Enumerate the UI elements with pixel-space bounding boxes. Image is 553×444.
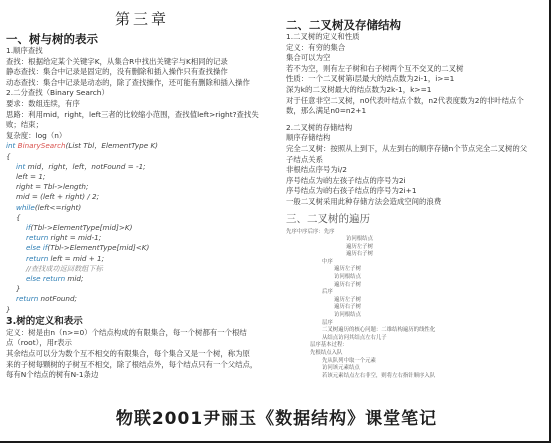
text-line: 思路：利用mid，right，left三者的比较缩小范围，查找值left>rig…: [6, 110, 278, 121]
traversal-line: 遍历左子树: [286, 297, 548, 305]
text-line: 查找：根据给定某个关键字K，从集合R中找出关键字与K相同的记录: [6, 57, 278, 68]
code-text: (Tbl->ElementType[mid]>K): [31, 223, 133, 232]
code-line: right = Tbl->length;: [6, 182, 278, 192]
code-text: //查找成功返回数组下标: [26, 264, 103, 273]
code-line: }: [6, 305, 278, 315]
text-line: 一般二叉树采用此种存储方法会造成空间的浪费: [286, 197, 548, 208]
code-line: mid = (left + right) / 2;: [6, 192, 278, 202]
code-line: left = 1;: [6, 172, 278, 182]
sub-2-lines: 要求：数组连续，有序思路：利用mid，right，left三者的比较缩小范围，查…: [6, 99, 278, 141]
code-line: {: [6, 213, 278, 223]
code-function-name: BinarySearch: [18, 141, 66, 150]
r-sub-1-title: 1.二叉树的定义和性质: [286, 32, 548, 43]
text-line: 顺序存储结构: [286, 133, 548, 144]
code-keyword: int: [16, 162, 28, 171]
text-line: 败；结束；: [6, 120, 278, 131]
traversal-line: 访问该元素结点: [286, 365, 548, 373]
text-line: 序号结点为i的右孩子结点的序号为2i+1: [286, 186, 548, 197]
code-keyword: else if: [26, 243, 47, 252]
code-line: while(left<=right): [6, 203, 278, 213]
traversal-notes: 先序中序后序：先序访问根结点遍历左子树遍历右子树中序遍历左子树访问根结点遍历右子…: [286, 229, 548, 381]
text-line: 数，那么满足n0=n2+1: [286, 106, 548, 117]
traversal-line: 先序中序后序：先序: [286, 229, 548, 237]
code-text: left = 1;: [16, 172, 45, 181]
code-text: (Tbl->ElementType[mid]<K): [47, 243, 149, 252]
text-line: 其余结点可以分为数个互不相交的有限集合，每个集合又是一个树，称为原: [6, 349, 278, 360]
sub-2-title: 2.二分查找（Binary Search）: [6, 88, 278, 99]
chapter-title: 第三章: [6, 8, 278, 29]
code-text: notFound;: [41, 294, 77, 303]
code-line: else return mid;: [6, 274, 278, 284]
sub-3-title: 3.树的定义和表示: [6, 316, 278, 328]
code-text: (left<=right): [35, 203, 81, 212]
code-text: mid，right，left，notFound = -1;: [28, 162, 146, 171]
sub-1-lines: 查找：根据给定某个关键字K，从集合R中找出关键字与K相同的记录静态查找：集合中记…: [6, 57, 278, 89]
r-sub-1-lines: 定义：有穷的集合集合可以为空若不为空，则有左子树和右子树两个互不交叉的二叉树性质…: [286, 43, 548, 117]
text-line: 集合可以为空: [286, 53, 548, 64]
traversal-line: 遍历左子树: [286, 266, 548, 274]
code-params: (List Tbl，ElementType K): [66, 141, 158, 150]
code-keyword: else return: [26, 274, 67, 283]
section-1-title: 一、树与树的表示: [6, 32, 278, 46]
code-text: right = Tbl->length;: [16, 182, 88, 191]
text-line: 对于任意非空二叉树，n0代表叶结点个数，n2代表度数为2的非叶结点个: [286, 96, 548, 107]
code-line: int mid，right，left，notFound = -1;: [6, 162, 278, 172]
sub-1-title: 1.顺序查找: [6, 46, 278, 57]
text-line: 复杂度：log（n）: [6, 131, 278, 142]
code-keyword: return: [26, 233, 51, 242]
text-line: 性质：一个二叉树第i层最大的结点数为2i-1，i>=1: [286, 74, 548, 85]
text-line: 若不为空，则有左子树和右子树两个互不交叉的二叉树: [286, 64, 548, 75]
code-text: {: [6, 152, 11, 161]
traversal-line: 层序基本过程：: [286, 342, 548, 350]
code-line: return right = mid-1;: [6, 233, 278, 243]
code-line: }: [6, 284, 278, 294]
text-line: 动态查找：集合中记录是动态的，除了查找操作，还可能有删除和插入操作: [6, 78, 278, 89]
traversal-line: 访问根结点: [286, 312, 548, 320]
r-sub-2-lines: 顺序存储结构完全二叉树：按照从上到下，从左到右的顺序存储n个节点完全二叉树的父子…: [286, 133, 548, 207]
text-line: 深为k的二叉树最大的结点数为2k-1，k>=1: [286, 85, 548, 96]
code-keyword: return: [16, 294, 41, 303]
text-line: 序号结点为i的左孩子结点的序号为2i: [286, 176, 548, 187]
text-line: 子结点关系: [286, 155, 548, 166]
traversal-line: 遍历右子树: [286, 304, 548, 312]
code-text: {: [16, 213, 21, 222]
text-line: 点（root），用r表示: [6, 338, 278, 349]
code-keyword: return: [26, 254, 51, 263]
code-line: if(Tbl->ElementType[mid]>K): [6, 223, 278, 233]
code-text: }: [16, 284, 21, 293]
r-sub-2-title: 2.二叉树的存储结构: [286, 123, 548, 134]
code-block: {int mid，right，left，notFound = -1;left =…: [6, 152, 278, 315]
traversal-line: 遍历左子树: [286, 244, 548, 252]
code-text: right = mid-1;: [51, 233, 102, 242]
code-keyword: while: [16, 203, 35, 212]
right-column: 二、二叉树及存储结构 1.二叉树的定义和性质 定义：有穷的集合集合可以为空若不为…: [286, 10, 548, 380]
code-keyword: int: [6, 141, 18, 150]
code-text: mid;: [67, 274, 83, 283]
code-text: mid = (left + right) / 2;: [16, 192, 99, 201]
traversal-line: 后序: [286, 289, 548, 297]
section-3-title: 三、二叉树的遍历: [286, 212, 548, 226]
left-column: 第三章 一、树与树的表示 1.顺序查找 查找：根据给定某个关键字K，从集合R中找…: [6, 8, 278, 381]
text-line: 定义：树是由n（n>=0）个结点构成的有限集合，每一个树都有一个根结: [6, 328, 278, 339]
text-line: 定义：有穷的集合: [286, 43, 548, 54]
footer-caption: 物联2001尹丽玉《数据结构》课堂笔记: [0, 404, 553, 429]
traversal-line: 遍历右子树: [286, 251, 548, 259]
text-line: 完全二叉树：按照从上到下，从左到右的顺序存储n个节点完全二叉树的父: [286, 144, 548, 155]
traversal-line: 访问根结点: [286, 274, 548, 282]
text-line: 每有N个结点的树有N-1条边: [6, 370, 278, 381]
code-line: return notFound;: [6, 294, 278, 304]
code-text: }: [6, 305, 11, 314]
sub-3-lines: 定义：树是由n（n>=0）个结点构成的有限集合，每一个树都有一个根结点（root…: [6, 328, 278, 381]
traversal-line: 访问根结点: [286, 236, 548, 244]
traversal-line: 二叉树遍历的核心问题：二维结构遍历的线性化: [286, 327, 548, 335]
text-line: 静态查找：集合中记录是固定的，没有删除和插入操作只有查找操作: [6, 67, 278, 78]
text-line: 要求：数组连续，有序: [6, 99, 278, 110]
text-line: 来的子树每颗树的子树互不相交，除了根结点外，每个结点只有一个父结点，: [6, 360, 278, 371]
code-text: left = mid + 1;: [51, 254, 105, 263]
code-line: return left = mid + 1;: [6, 254, 278, 264]
traversal-line: 先根结点入队: [286, 350, 548, 358]
text-line: 非根结点序号为i/2: [286, 165, 548, 176]
code-line: //查找成功返回数组下标: [6, 264, 278, 274]
traversal-line: 若该元素结点左右非空，则将左右指针顺序入队: [286, 373, 548, 381]
code-line: else if(Tbl->ElementType[mid]<K): [6, 243, 278, 253]
section-2-title: 二、二叉树及存储结构: [286, 18, 548, 32]
code-signature: int BinarySearch(List Tbl，ElementType K): [6, 141, 278, 151]
traversal-line: 中序: [286, 259, 548, 267]
code-line: {: [6, 152, 278, 162]
